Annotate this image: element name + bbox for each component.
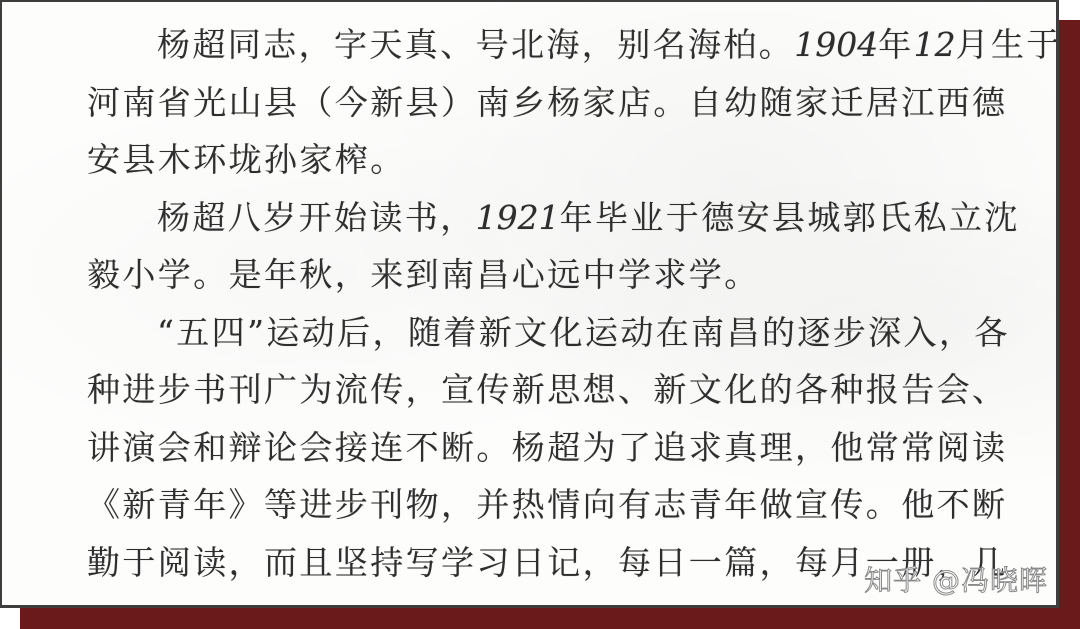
body-text: 安县木环垅孙家榨。 <box>87 140 406 179</box>
document-frame: 杨超同志，字天真、号北海，别名海柏。1904年12月生于河南省光山县（今新县）南… <box>0 0 1059 608</box>
body-text: 杨超同志，字天真、号北海，别名海柏。 <box>157 25 794 64</box>
zhihu-watermark: 知乎 @冯晓晖 <box>864 559 1048 599</box>
text-line: 讲演会和辩论会接连不断。杨超为了追求真理，他常常阅读 <box>87 419 987 477</box>
text-line: 安县木环垅孙家榨。 <box>87 131 987 189</box>
body-text: 讲演会和辩论会接连不断。杨超为了追求真理，他常常阅读 <box>87 428 1007 467</box>
numeral-text: 1904 <box>794 25 878 64</box>
document-text: 杨超同志，字天真、号北海，别名海柏。1904年12月生于河南省光山县（今新县）南… <box>87 16 987 591</box>
body-text: 《新青年》等进步刊物，并热情向有志青年做宣传。他不断 <box>87 485 1007 524</box>
text-line: 杨超八岁开始读书，1921年毕业于德安县城郭氏私立沈 <box>87 189 987 247</box>
text-line: 毅小学。是年秋，来到南昌心远中学求学。 <box>87 246 987 304</box>
body-text: 杨超八岁开始读书， <box>157 198 476 237</box>
body-text: 种进步书刊广为流传，宣传新思想、新文化的各种报告会、 <box>87 370 1007 409</box>
body-text: 河南省光山县（今新县）南乡杨家店。自幼随家迁居江西德 <box>87 83 1007 122</box>
numeral-text: 1921 <box>476 198 560 237</box>
body-text: 毅小学。是年秋，来到南昌心远中学求学。 <box>87 255 760 294</box>
numeral-text: 12 <box>914 25 956 64</box>
text-line: 勤于阅读，而且坚持写学习日记，每日一篇，每月一册，几 <box>87 534 987 592</box>
text-line: 种进步书刊广为流传，宣传新思想、新文化的各种报告会、 <box>87 361 987 419</box>
body-text: 年 <box>878 25 913 64</box>
body-text: 年毕业于德安县城郭氏私立沈 <box>560 198 1020 237</box>
text-line: “五四”运动后，随着新文化运动在南昌的逐步深入，各 <box>87 304 987 362</box>
body-text: “五四”运动后，随着新文化运动在南昌的逐步深入，各 <box>157 313 1010 352</box>
body-text: 月生于 <box>956 25 1059 64</box>
text-line: 河南省光山县（今新县）南乡杨家店。自幼随家迁居江西德 <box>87 74 987 132</box>
text-line: 杨超同志，字天真、号北海，别名海柏。1904年12月生于 <box>87 16 987 74</box>
stage: 杨超同志，字天真、号北海，别名海柏。1904年12月生于河南省光山县（今新县）南… <box>0 0 1080 629</box>
text-line: 《新青年》等进步刊物，并热情向有志青年做宣传。他不断 <box>87 476 987 534</box>
